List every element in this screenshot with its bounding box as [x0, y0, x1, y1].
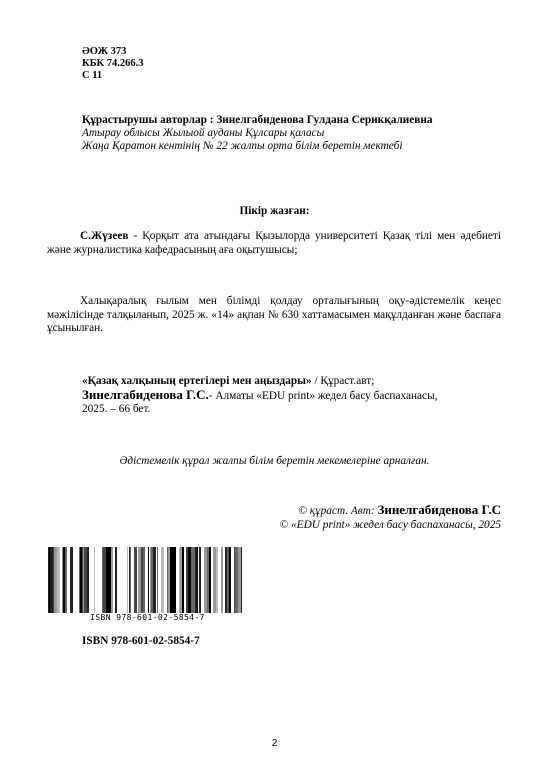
book-author: Зинелгабиденова Г.С.: [82, 387, 209, 402]
barcode-caption: ISBN 978-601-02-5854-7: [48, 613, 247, 622]
year-pages: 2025. – 66 бет.: [82, 403, 438, 416]
isbn-barcode: [48, 547, 247, 613]
reviewer-paragraph: С.Жүзеев - Қорқыт ата атындағы Қызылорда…: [47, 230, 501, 257]
publisher: - Алматы «EDU print» жедел басу баспахан…: [209, 390, 438, 402]
book-title: «Қазақ халқының ертегілері мен аңыздары»: [82, 375, 312, 387]
copyright-publisher: © «EDU print» жедел басу баспаханасы, 20…: [280, 518, 501, 532]
purpose-note: Әдістемелік құрал жалпы білім беретін ме…: [0, 455, 549, 467]
bbk-code: КБК 74.266.3: [82, 58, 144, 70]
copyright-block: © құраст. Авт: Зинелгабиденова Г.С © «ED…: [280, 503, 501, 532]
compiler-block: Құрастырушы авторлар : Зинелгабиденова Г…: [82, 114, 433, 153]
compiler-location: Атырау облысы Жылыой ауданы Құлсары қала…: [82, 127, 433, 140]
review-heading: Пікір жазған:: [0, 205, 549, 217]
compiler-school: Жаңа Қаратон кентінің № 22 жалпы орта бі…: [82, 140, 433, 153]
book-title-suffix: / Құраст.авт;: [312, 375, 375, 387]
compiler-name: Зинелгабиденова Гулдана Серикқалиевна: [216, 114, 432, 126]
udc-code: ӘОЖ 373: [82, 46, 144, 58]
reviewer-name: С.Жүзеев: [80, 230, 128, 242]
publisher-line: Зинелгабиденова Г.С.- Алматы «EDU print»…: [82, 388, 438, 403]
copyright-author-line: © құраст. Авт: Зинелгабиденова Г.С: [280, 503, 501, 518]
classification-codes: ӘОЖ 373 КБК 74.266.3 С 11: [82, 46, 144, 82]
compiler-label: Құрастырушы авторлар :: [82, 114, 216, 126]
compiler-line: Құрастырушы авторлар : Зинелгабиденова Г…: [82, 114, 433, 127]
copyright-prefix: © құраст. Авт:: [298, 505, 377, 517]
page-number: 2: [0, 738, 549, 749]
copyright-author: Зинелгабиденова Г.С: [377, 502, 501, 517]
bibliographic-record: «Қазақ халқының ертегілері мен аңыздары»…: [82, 375, 438, 416]
approval-text: Халықаралық ғылым мен білімді қолдау орт…: [47, 295, 501, 334]
approval-paragraph: Халықаралық ғылым мен білімді қолдау орт…: [47, 295, 501, 336]
author-mark: С 11: [82, 70, 144, 82]
isbn-number: ISBN 978-601-02-5854-7: [82, 635, 200, 647]
